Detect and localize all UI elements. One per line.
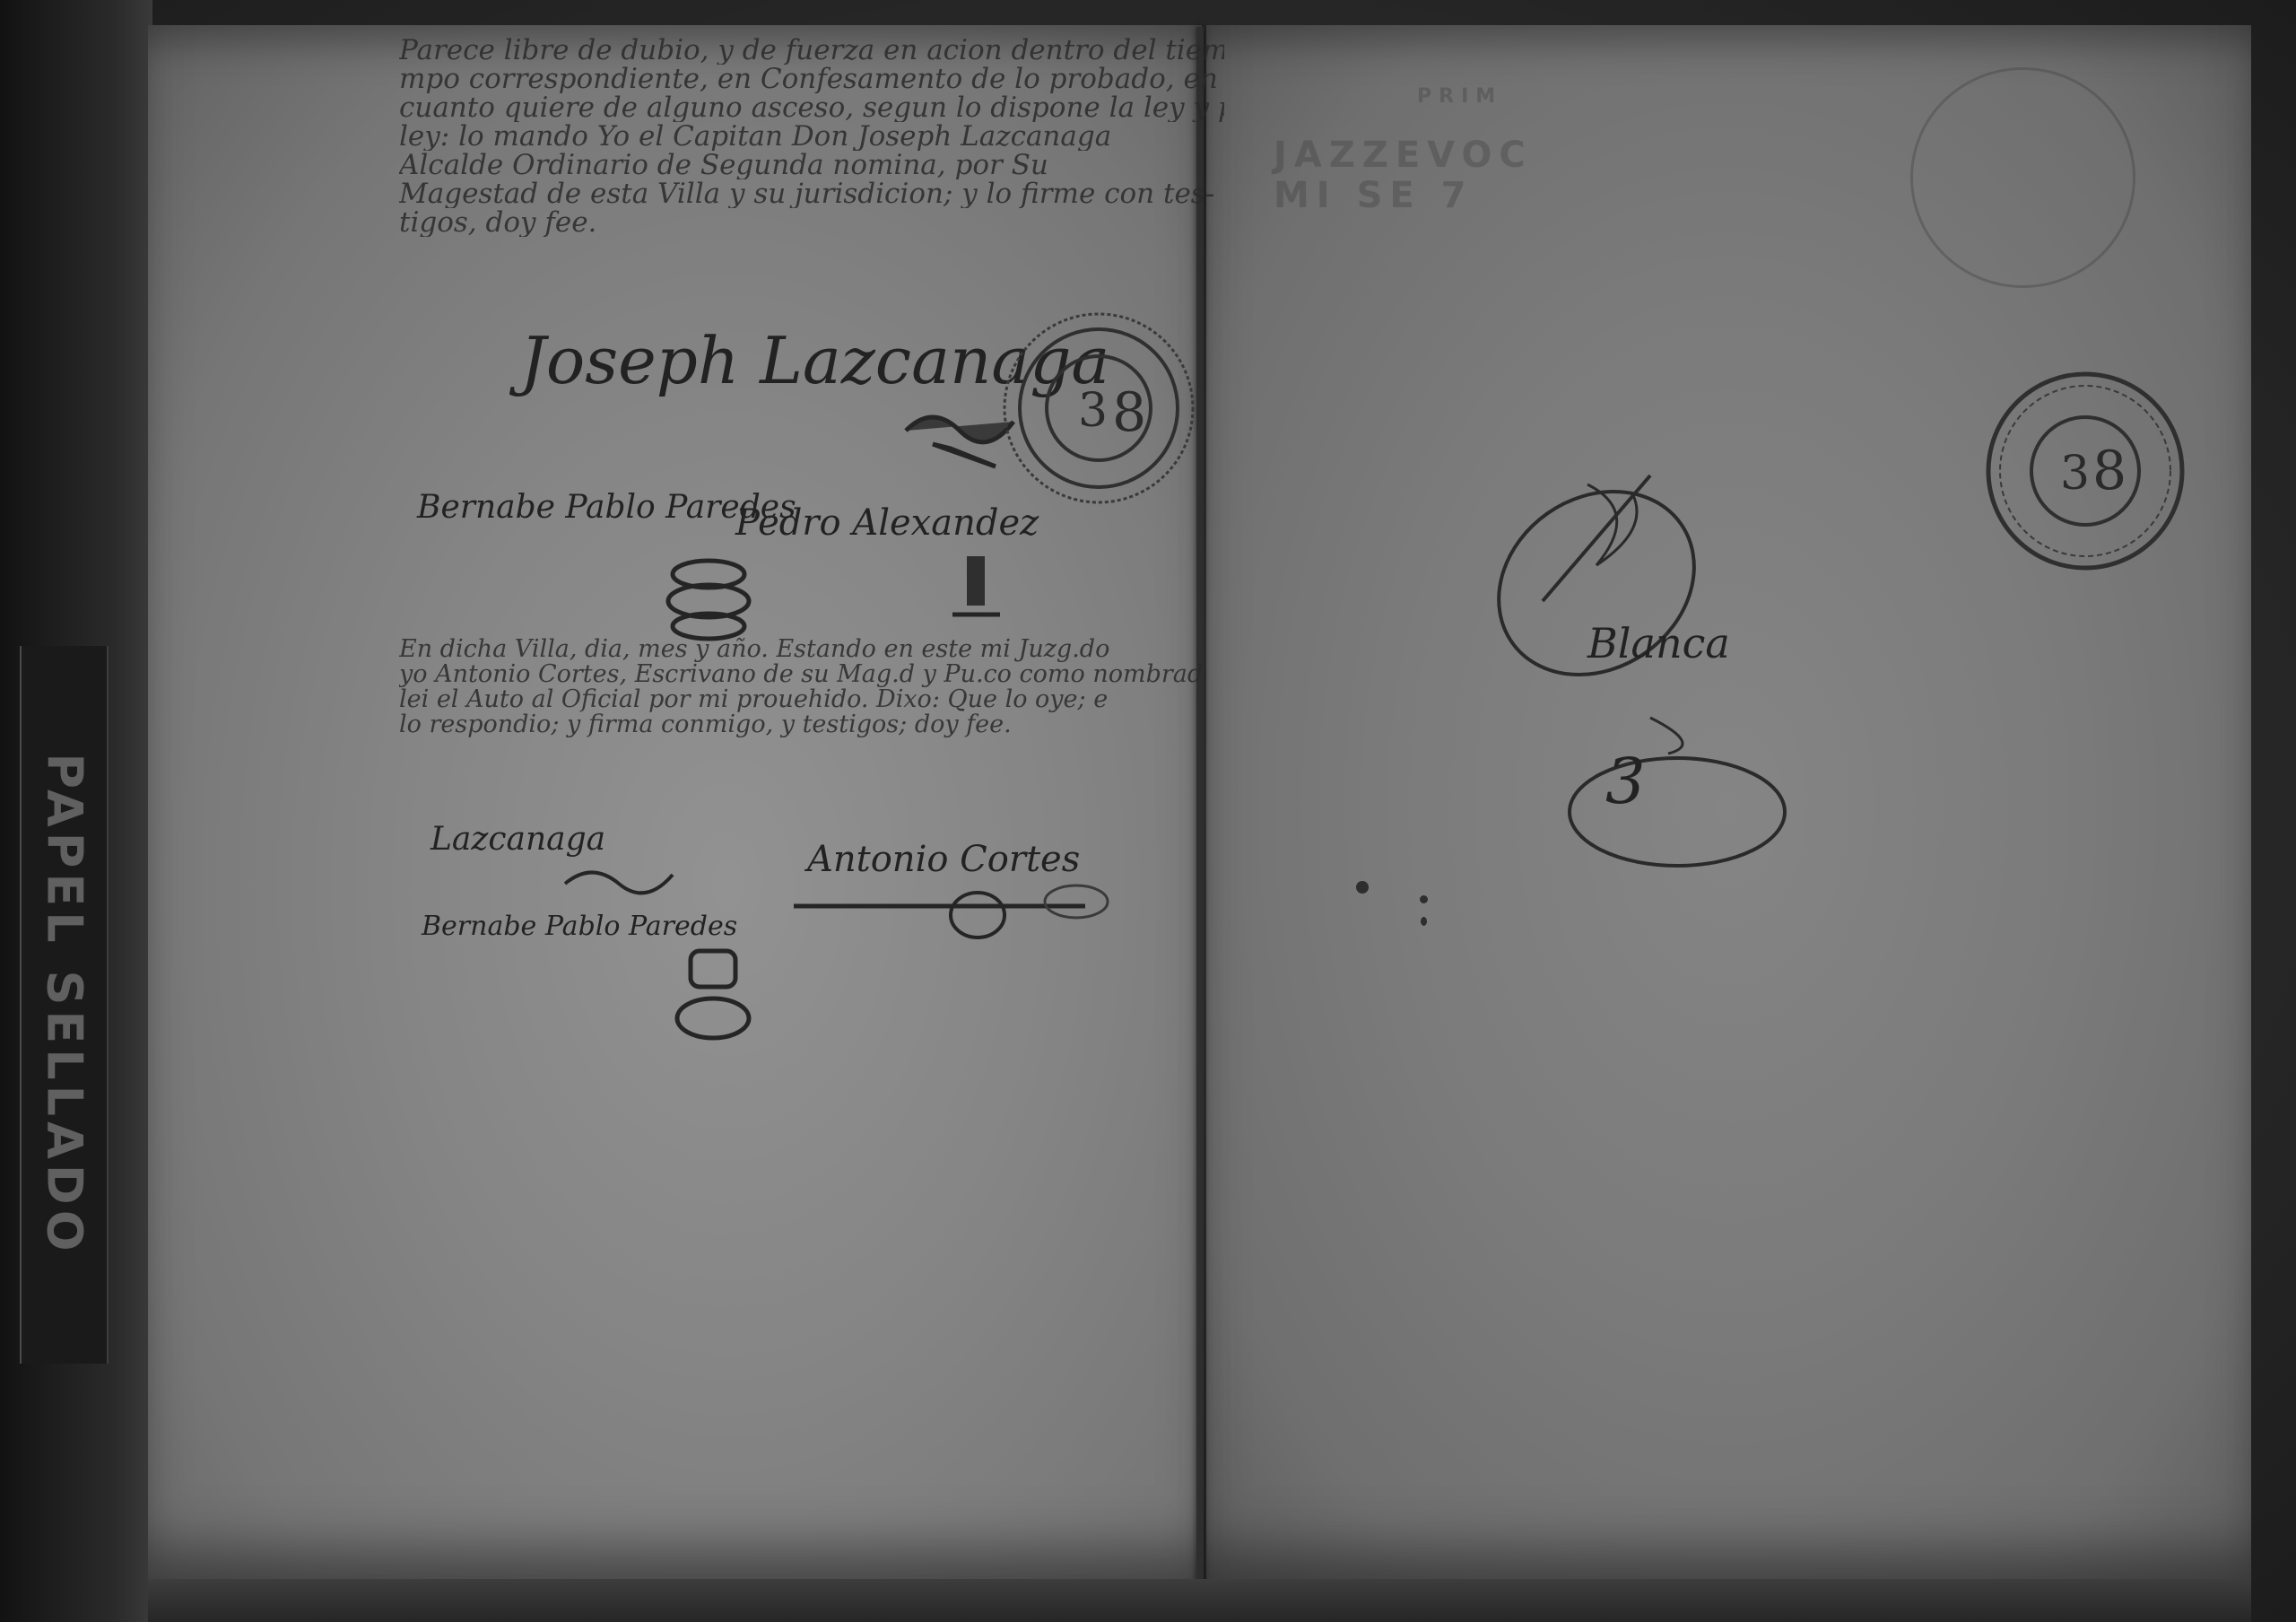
signature-antonio-cortes: Antonio Cortes xyxy=(807,839,1080,880)
bleed-through-text: MI SE 7 xyxy=(1274,175,1474,216)
official-stamp-seal-icon: 3 8 xyxy=(996,305,1202,511)
manuscript-line: lei el Auto al Oficial por mi prouehido.… xyxy=(399,687,1206,712)
bottom-edge-shadow xyxy=(148,1579,2251,1622)
manuscript-line: lo respondio; y firma conmigo, y testigo… xyxy=(399,712,1206,737)
manuscript-line: En dicha Villa, dia, mes y año. Estando … xyxy=(399,637,1206,662)
manuscript-line: Alcalde Ordinario de Segunda nomina, por… xyxy=(399,151,1224,179)
official-stamp-seal-icon: 3 8 xyxy=(1978,363,2193,579)
book-spine: PAPEL SELLADO xyxy=(0,0,152,1622)
page-gutter xyxy=(1196,27,1204,1588)
ink-spot xyxy=(1420,895,1428,903)
manuscript-line: Magestad de esta Villa y su jurisdicion;… xyxy=(399,179,1224,208)
rubric-flourish-icon xyxy=(655,547,771,646)
signature-lazcanaga: Lazcanaga xyxy=(430,821,605,858)
svg-text:3: 3 xyxy=(1078,384,1108,438)
manuscript-line: Parece libre de dubio, y de fuerza en ac… xyxy=(399,36,1224,65)
bleed-through-text: JAZZEVOC xyxy=(1274,135,1533,176)
rubric-flourish-icon xyxy=(668,946,758,1045)
svg-text:8: 8 xyxy=(2092,440,2126,502)
manuscript-line: mpo correspondiente, en Confesamento de … xyxy=(399,65,1224,93)
signature-bernabe-paredes: Bernabe Pablo Paredes xyxy=(422,911,737,942)
spine-label-text: PAPEL SELLADO xyxy=(36,753,92,1256)
manuscript-paragraph-2: En dicha Villa, dia, mes y año. Estando … xyxy=(399,637,1206,737)
manuscript-line: ley: lo mando Yo el Capitan Don Joseph L… xyxy=(399,122,1224,151)
blanca-annotation: Blanca xyxy=(1587,619,1730,667)
manuscript-paragraph-1: Parece libre de dubio, y de fuerza en ac… xyxy=(399,36,1224,237)
ink-spot xyxy=(1356,881,1369,894)
spine-label: PAPEL SELLADO xyxy=(20,646,109,1364)
manuscript-line: tigos, doy fee. xyxy=(399,208,1224,237)
blanca-numeral: 3 xyxy=(1605,745,1646,818)
manuscript-line: cuanto quiere de alguno asceso, segun lo… xyxy=(399,93,1224,122)
rubric-flourish-icon xyxy=(951,547,1004,628)
ink-spot xyxy=(1421,917,1427,926)
signature-pedro-alexandez: Pedro Alexandez xyxy=(735,502,1039,544)
svg-text:3: 3 xyxy=(2060,447,2090,501)
bleed-through-seal xyxy=(1910,67,2135,288)
rubric-flourish-icon xyxy=(789,884,1130,955)
bleed-through-text: PRIM xyxy=(1417,85,1502,108)
svg-text:8: 8 xyxy=(1112,381,1146,444)
manuscript-line: yo Antonio Cortes, Escrivano de su Mag.d… xyxy=(399,662,1206,687)
left-page xyxy=(148,25,1202,1586)
